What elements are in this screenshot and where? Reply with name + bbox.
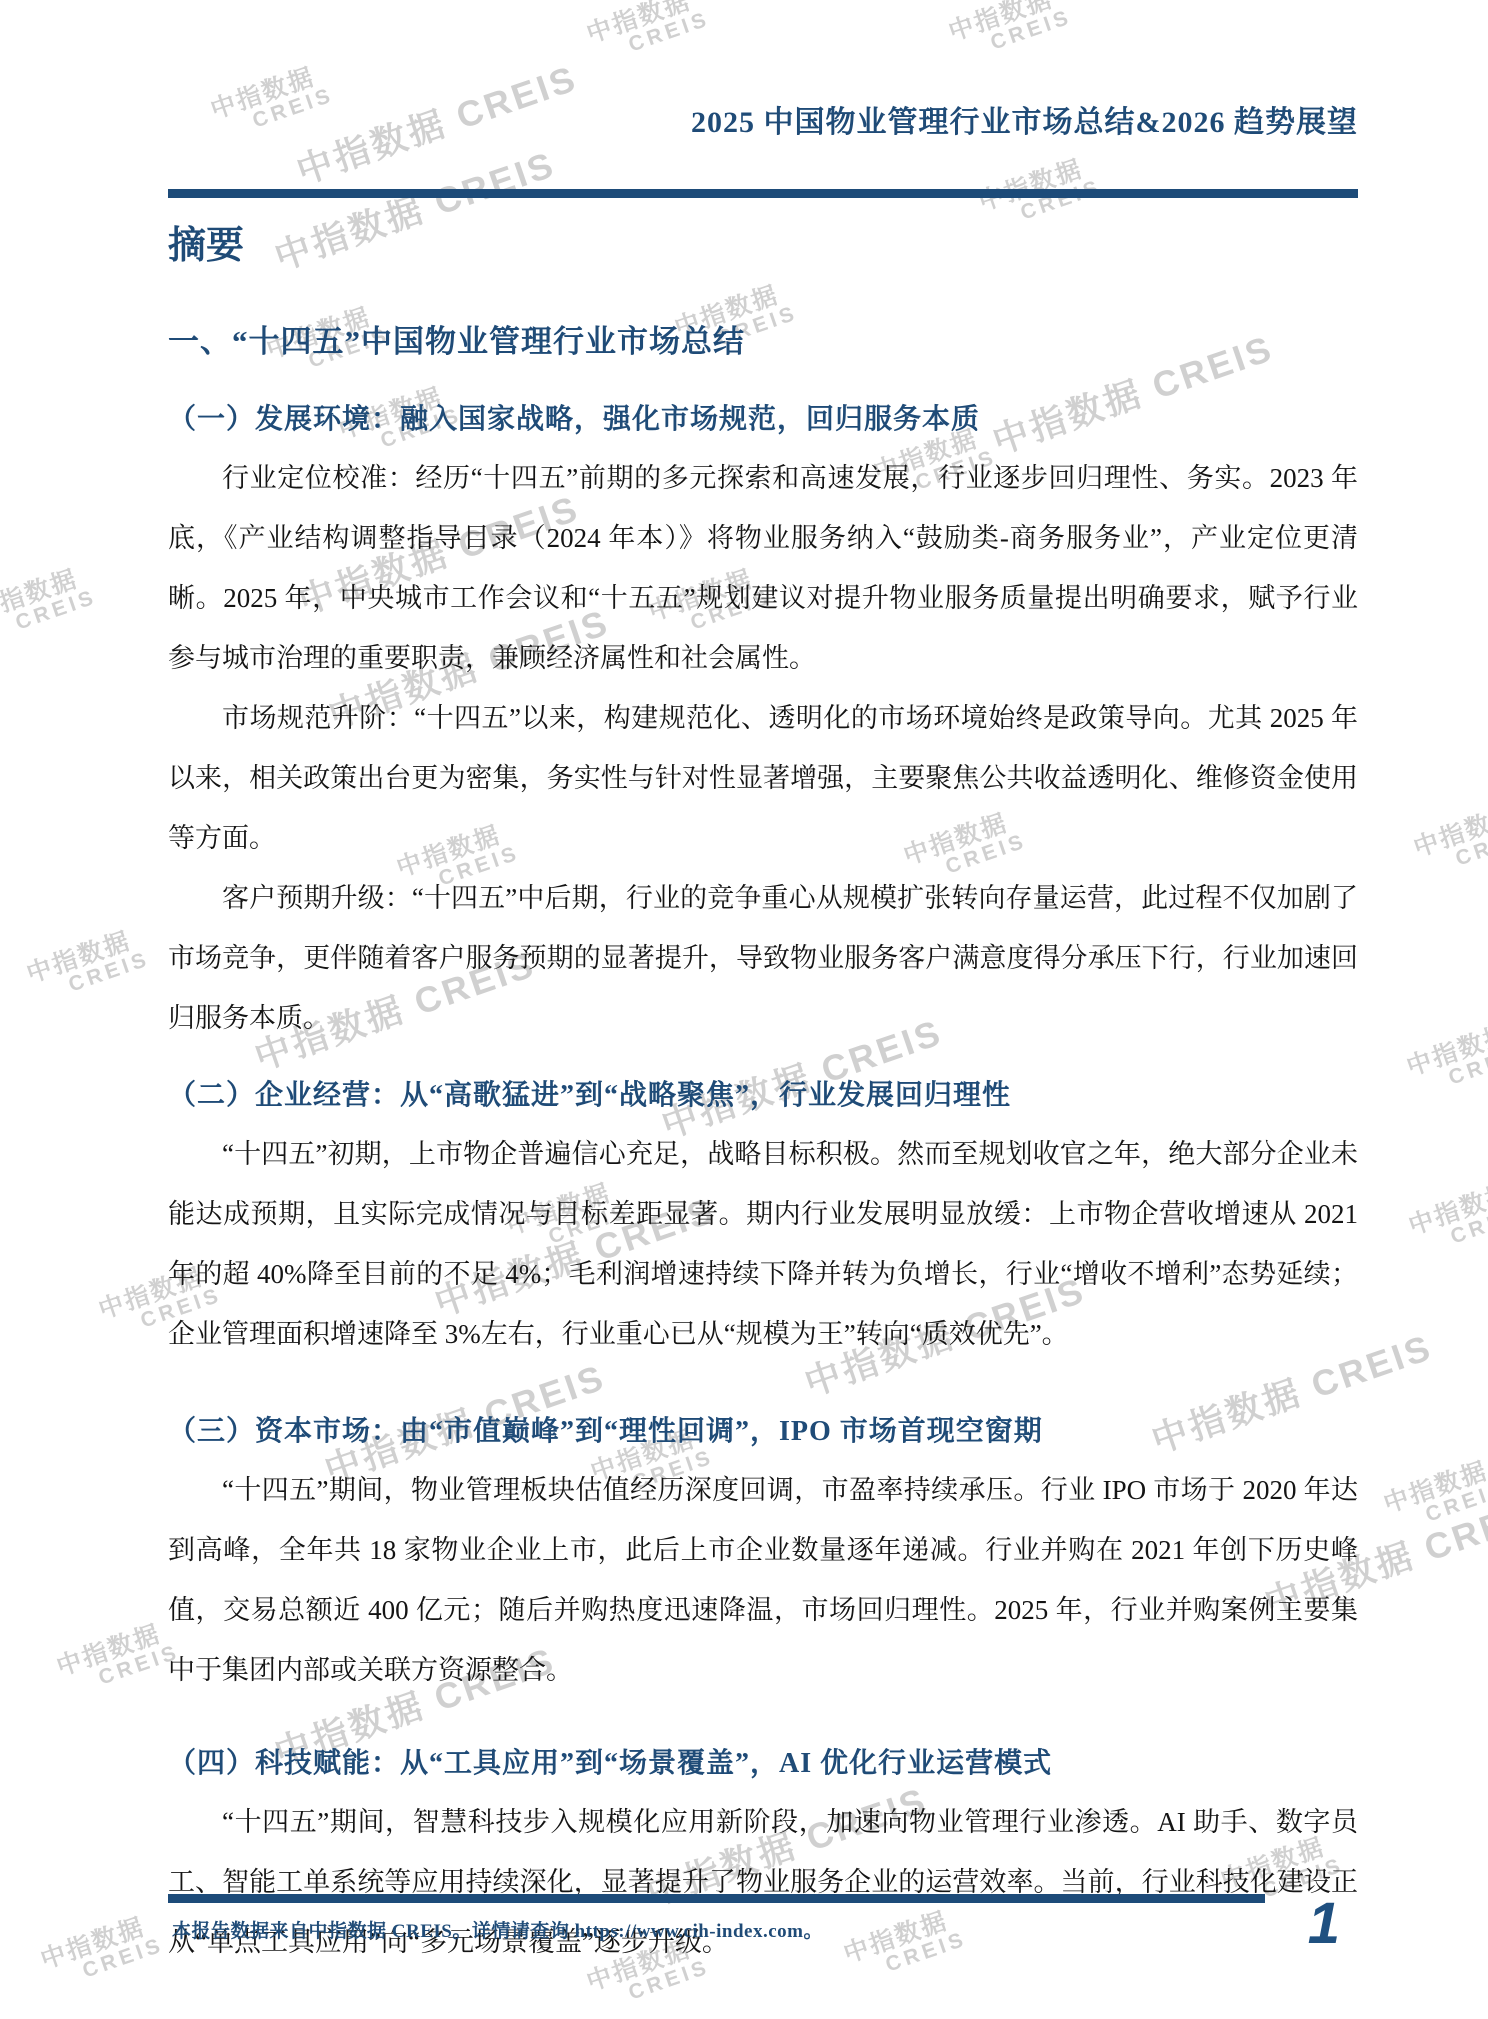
header-divider [168, 189, 1358, 198]
paragraph: 市场规范升阶：“十四五”以来，构建规范化、透明化的市场环境始终是政策导向。尤其 … [168, 688, 1358, 868]
header-title: 2025 中国物业管理行业市场总结&2026 趋势展望 [168, 0, 1358, 145]
watermark: 中指数据CREIS [23, 924, 152, 1009]
page-content: 2025 中国物业管理行业市场总结&2026 趋势展望 摘要 一、“十四五”中国… [168, 0, 1358, 1972]
watermark: 中指数据CREIS [1380, 1454, 1488, 1539]
subsection-heading-2: （二）企业经营：从“高歌猛进”到“战略聚焦”，行业发展回归理性 [168, 1076, 1358, 1116]
summary-title: 摘要 [168, 220, 1358, 272]
paragraph: “十四五”初期，上市物企普遍信心充足，战略目标积极。然而至规划收官之年，绝大部分… [168, 1124, 1358, 1364]
footer-note: 本报告数据来自中指数据 CREIS。详情请查询 https://www.cih-… [172, 1916, 823, 1943]
watermark: 中指数据CREIS [0, 562, 100, 647]
subsection-heading-3: （三）资本市场：由“市值巅峰”到“理性回调”，IPO 市场首现空窗期 [168, 1412, 1358, 1452]
watermark: 中指数据CREIS [1405, 1176, 1488, 1261]
subsection-heading-4: （四）科技赋能：从“工具应用”到“场景覆盖”，AI 优化行业运营模式 [168, 1744, 1358, 1784]
watermark: 中指数据CREIS [53, 1617, 182, 1702]
watermark: 中指数据CREIS [1403, 1017, 1488, 1102]
subsection-heading-1: （一）发展环境：融入国家战略，强化市场规范，回归服务本质 [168, 400, 1358, 440]
subsection-body-2: “十四五”初期，上市物企普遍信心充足，战略目标积极。然而至规划收官之年，绝大部分… [168, 1124, 1358, 1364]
paragraph: “十四五”期间，物业管理板块估值经历深度回调，市盈率持续承压。行业 IPO 市场… [168, 1460, 1358, 1700]
paragraph: 客户预期升级：“十四五”中后期，行业的竞争重心从规模扩张转向存量运营，此过程不仅… [168, 868, 1358, 1048]
footer-divider [168, 1894, 1265, 1903]
report-page: 中指数据CREIS中指数据CREIS中指数据CREIS中指数据 CREIS中指数… [0, 0, 1488, 2019]
watermark: 中指数据CREIS [1410, 798, 1488, 883]
page-number: 1 [1308, 1890, 1340, 1957]
section-title: 一、“十四五”中国物业管理行业市场总结 [168, 320, 1358, 364]
paragraph: 行业定位校准：经历“十四五”前期的多元探索和高速发展，行业逐步回归理性、务实。2… [168, 448, 1358, 688]
subsection-body-1: 行业定位校准：经历“十四五”前期的多元探索和高速发展，行业逐步回归理性、务实。2… [168, 448, 1358, 1048]
subsection-body-3: “十四五”期间，物业管理板块估值经历深度回调，市盈率持续承压。行业 IPO 市场… [168, 1460, 1358, 1700]
page-footer: 本报告数据来自中指数据 CREIS。详情请查询 https://www.cih-… [0, 1894, 1488, 2019]
